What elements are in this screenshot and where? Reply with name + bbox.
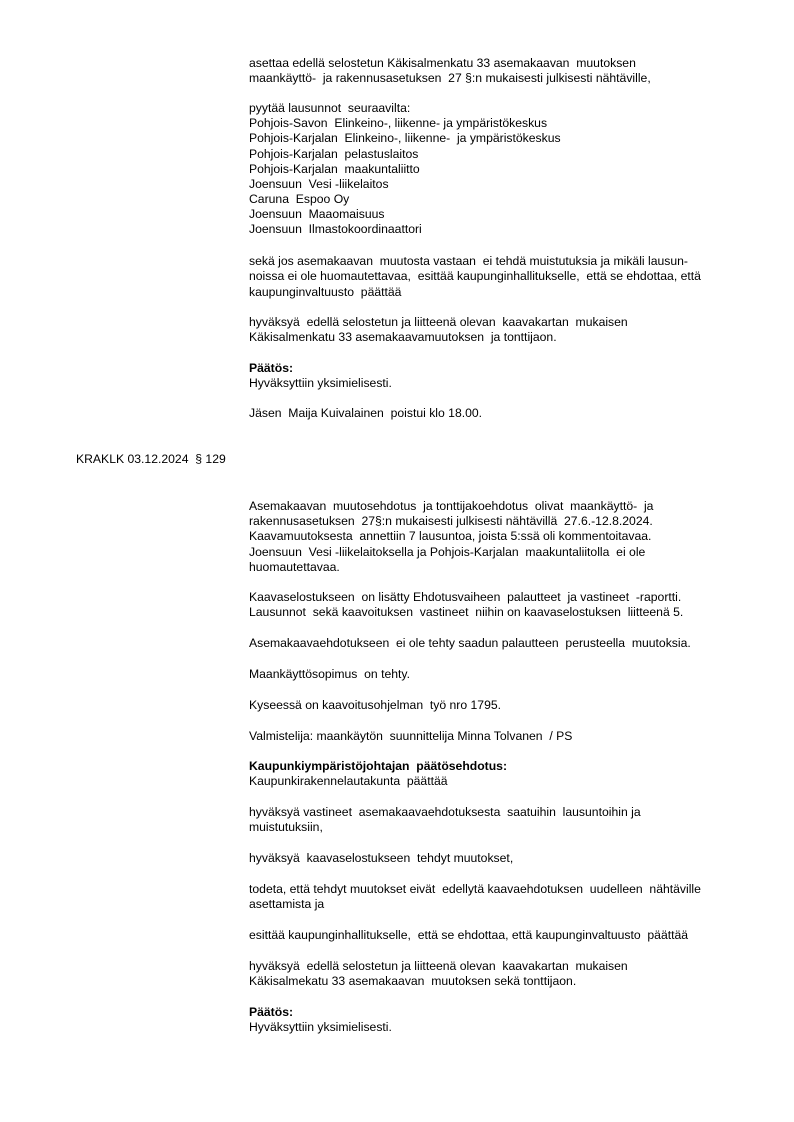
recipient-item: Pohjois-Karjalan Elinkeino-, liikenne- j…: [249, 131, 561, 146]
no-changes-text: Asemakaavaehdotukseen ei ole tehty saadu…: [249, 636, 691, 651]
summary-line: Kaavamuutoksesta annettiin 7 lausuntoa, …: [249, 529, 651, 544]
report-line: Kaavaselostukseen on lisätty Ehdotusvaih…: [249, 590, 681, 605]
request-heading: pyytää lausunnot seuraavilta:: [249, 101, 410, 116]
condition-line: kaupunginvaltuusto päättää: [249, 285, 401, 300]
approve-line: Käkisalmenkatu 33 asemakaavamuutoksen ja…: [249, 330, 557, 345]
preparer-text: Valmistelija: maankäytön suunnittelija M…: [249, 729, 572, 744]
recipient-item: Joensuun Maaomaisuus: [249, 207, 385, 222]
approve-line: hyväksyä edellä selostetun ja liitteenä …: [249, 315, 628, 330]
final-approve-line: Käkisalmekatu 33 asemakaavan muutoksen s…: [249, 974, 576, 989]
state-line: todeta, että tehdyt muutokset eivät edel…: [249, 882, 701, 897]
summary-line: Joensuun Vesi -liikelaitoksella ja Pohjo…: [249, 545, 645, 560]
approve-changes-text: hyväksyä kaavaselostukseen tehdyt muutok…: [249, 851, 513, 866]
recipient-item: Joensuun Ilmastokoordinaattori: [249, 222, 422, 237]
decision-label: Päätös:: [249, 1005, 293, 1020]
meeting-reference: KRAKLK 03.12.2024 § 129: [76, 452, 226, 467]
proposal-label: Kaupunkiympäristöjohtajan päätösehdotus:: [249, 759, 507, 774]
recipient-item: Pohjois-Karjalan pelastuslaitos: [249, 147, 418, 162]
state-line: asettamista ja: [249, 897, 324, 912]
program-item-text: Kyseessä on kaavoitusohjelman työ nro 17…: [249, 698, 501, 713]
intro-line: maankäyttö- ja rakennusasetuksen 27 §:n …: [249, 71, 651, 86]
decision-text: Hyväksyttiin yksimielisesti.: [249, 376, 392, 391]
approve-responses-line: hyväksyä vastineet asemakaavaehdotuksest…: [249, 805, 641, 820]
report-line: Lausunnot sekä kaavoituksen vastineet ni…: [249, 605, 683, 620]
condition-line: noissa ei ole huomautettavaa, esittää ka…: [249, 269, 701, 284]
intro-line: asettaa edellä selostetun Käkisalmenkatu…: [249, 56, 636, 71]
propose-text: esittää kaupunginhallitukselle, että se …: [249, 928, 688, 943]
recipient-item: Joensuun Vesi -liikelaitos: [249, 177, 389, 192]
condition-line: sekä jos asemakaavan muutosta vastaan ei…: [249, 254, 688, 269]
summary-line: huomautettavaa.: [249, 560, 340, 575]
summary-line: rakennusasetuksen 27§:n mukaisesti julki…: [249, 514, 653, 529]
board-decides-text: Kaupunkirakennelautakunta päättää: [249, 774, 448, 789]
approve-responses-line: muistutuksiin,: [249, 820, 323, 835]
land-use-agreement-text: Maankäyttösopimus on tehty.: [249, 667, 410, 682]
recipient-item: Pohjois-Savon Elinkeino-, liikenne- ja y…: [249, 116, 547, 131]
summary-line: Asemakaavan muutosehdotus ja tonttijakoe…: [249, 499, 653, 514]
decision-label: Päätös:: [249, 361, 293, 376]
decision-text: Hyväksyttiin yksimielisesti.: [249, 1020, 392, 1035]
final-approve-line: hyväksyä edellä selostetun ja liitteenä …: [249, 959, 628, 974]
recipient-item: Caruna Espoo Oy: [249, 192, 349, 207]
member-note: Jäsen Maija Kuivalainen poistui klo 18.0…: [249, 406, 482, 421]
recipient-item: Pohjois-Karjalan maakuntaliitto: [249, 162, 420, 177]
